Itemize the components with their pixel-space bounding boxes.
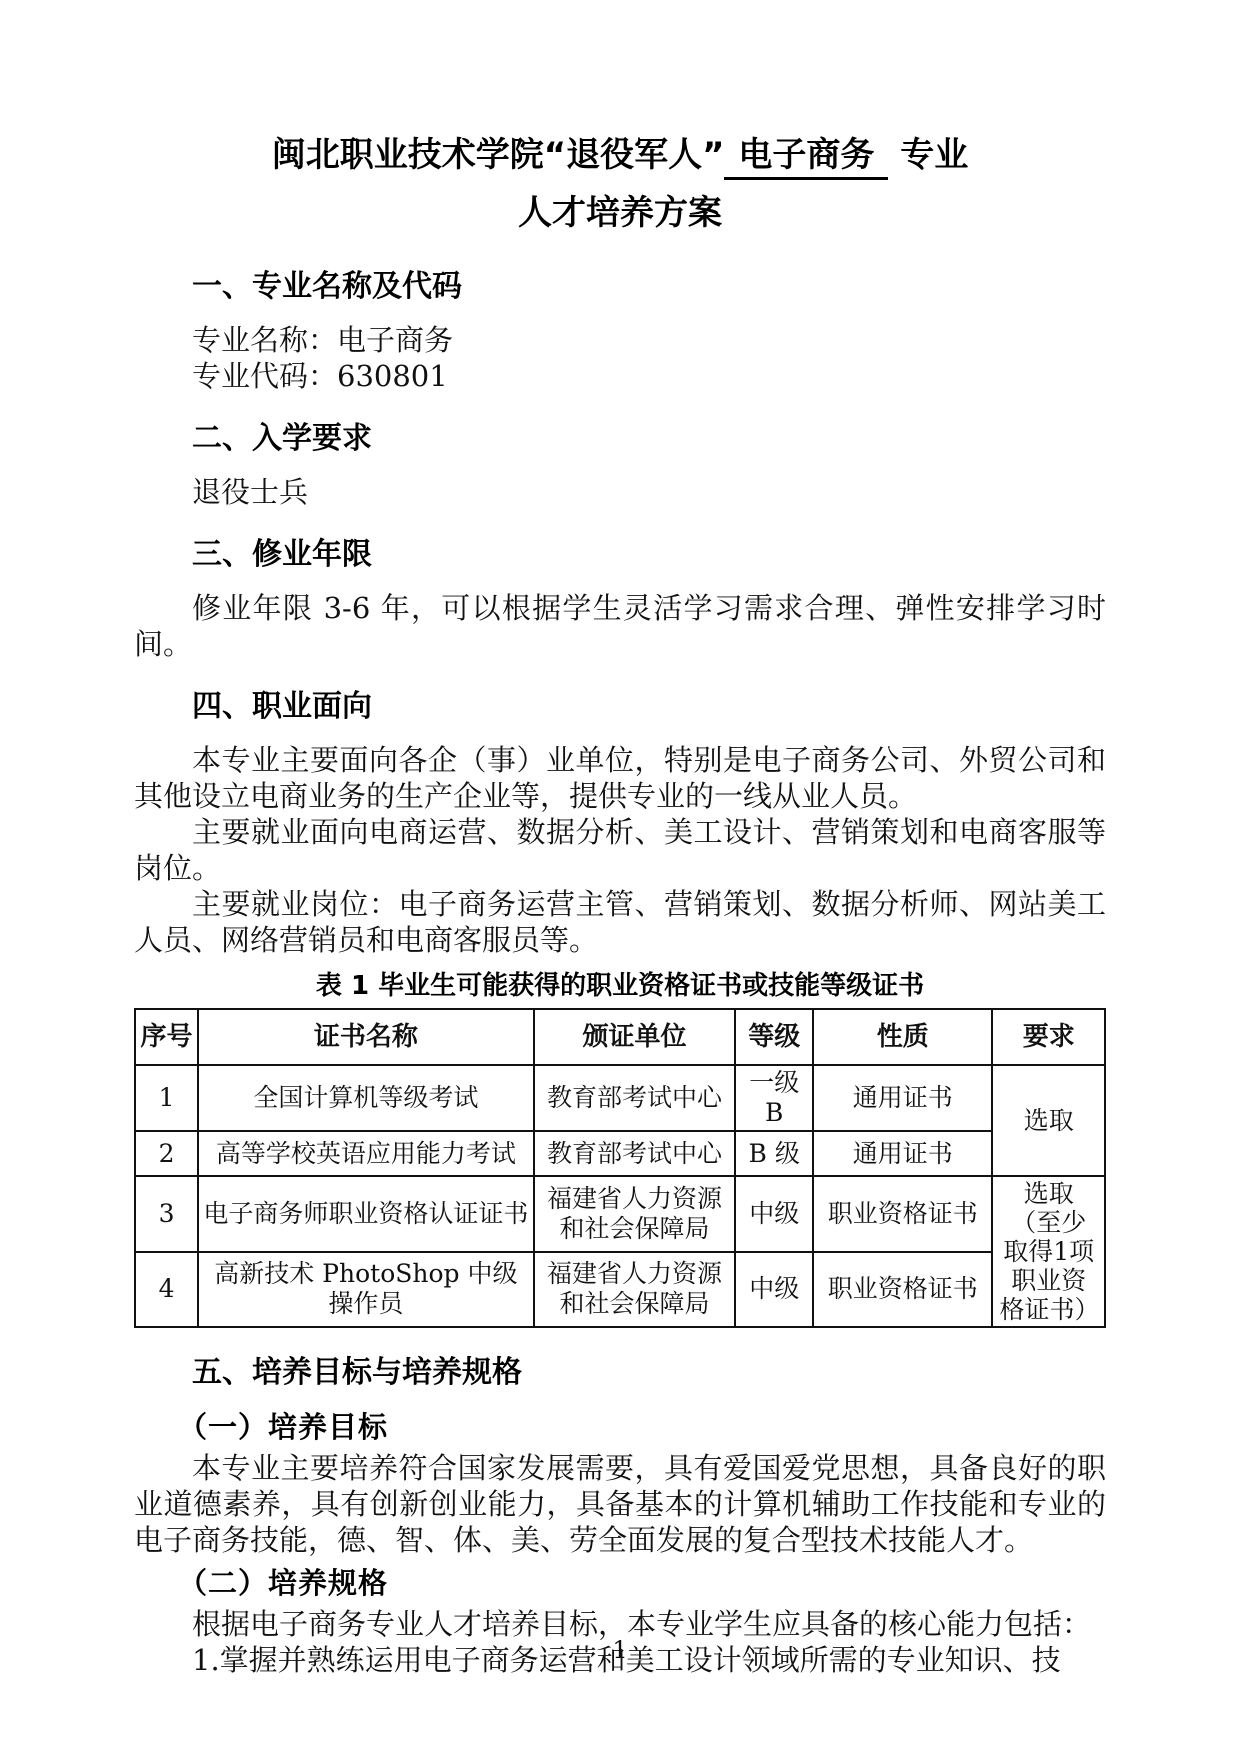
cell-issuer: 教育部考试中心 xyxy=(534,1065,736,1131)
header-cell-issuer: 颁证单位 xyxy=(534,1009,736,1065)
table-caption: 表 1 毕业生可能获得的职业资格证书或技能等级证书 xyxy=(134,970,1106,1002)
cell-level: 中级 xyxy=(735,1252,813,1328)
cell-no: 4 xyxy=(135,1252,198,1328)
table-row: 1 全国计算机等级考试 教育部考试中心 一级 B 通用证书 选取 xyxy=(135,1065,1105,1131)
title-line2: 人才培养方案 xyxy=(518,193,722,233)
cell-requirement-group-2: 选取（至少取得1项职业资格证书） xyxy=(992,1176,1105,1327)
major-code-line: 专业代码：630801 xyxy=(134,358,1106,394)
header-cell-requirement: 要求 xyxy=(992,1009,1105,1065)
header-cell-no: 序号 xyxy=(135,1009,198,1065)
cell-no: 1 xyxy=(135,1065,198,1131)
section-heading-5: 五、培养目标与培养规格 xyxy=(134,1354,1106,1392)
cell-nature: 通用证书 xyxy=(813,1131,992,1176)
study-duration-text: 修业年限 3-6 年，可以根据学生灵活学习需求合理、弹性安排学习时间。 xyxy=(134,590,1106,662)
section-heading-1: 一、专业名称及代码 xyxy=(134,268,1106,306)
cell-level: 一级 B xyxy=(735,1065,813,1131)
header-cell-name: 证书名称 xyxy=(198,1009,534,1065)
sub-heading-training-spec: （二）培养规格 xyxy=(134,1564,1106,1602)
enrollment-requirement-text: 退役士兵 xyxy=(134,474,1106,510)
section-heading-2: 二、入学要求 xyxy=(134,420,1106,458)
section-heading-4: 四、职业面向 xyxy=(134,688,1106,726)
cell-no: 3 xyxy=(135,1176,198,1252)
cell-cert-name: 全国计算机等级考试 xyxy=(198,1065,534,1131)
cell-level: 中级 xyxy=(735,1176,813,1252)
cell-cert-name: 电子商务师职业资格认证证书 xyxy=(198,1176,534,1252)
title-line1: 闽北职业技术学院“退役军人”电子商务 专业 xyxy=(272,135,969,180)
title-underlined-major: 电子商务 xyxy=(724,135,888,180)
document-content: 闽北职业技术学院“退役军人”电子商务 专业 人才培养方案 一、专业名称及代码 专… xyxy=(134,0,1106,1678)
career-orientation-p2: 主要就业面向电商运营、数据分析、美工设计、营销策划和电商客服等岗位。 xyxy=(134,814,1106,886)
cell-issuer: 福建省人力资源和社会保障局 xyxy=(534,1252,736,1328)
document-title: 闽北职业技术学院“退役军人”电子商务 专业 人才培养方案 xyxy=(134,126,1106,242)
title-suffix: 专业 xyxy=(900,135,968,175)
table-row: 3 电子商务师职业资格认证证书 福建省人力资源和社会保障局 中级 职业资格证书 … xyxy=(135,1176,1105,1252)
header-cell-level: 等级 xyxy=(735,1009,813,1065)
cell-cert-name: 高新技术 PhotoShop 中级操作员 xyxy=(198,1252,534,1328)
cell-cert-name: 高等学校英语应用能力考试 xyxy=(198,1131,534,1176)
header-cell-nature: 性质 xyxy=(813,1009,992,1065)
table-row: 4 高新技术 PhotoShop 中级操作员 福建省人力资源和社会保障局 中级 … xyxy=(135,1252,1105,1328)
cell-requirement-group-1: 选取 xyxy=(992,1065,1105,1176)
table-header-row: 序号 证书名称 颁证单位 等级 性质 要求 xyxy=(135,1009,1105,1065)
sub-heading-training-goal: （一）培养目标 xyxy=(134,1408,1106,1446)
table-row: 2 高等学校英语应用能力考试 教育部考试中心 B 级 通用证书 xyxy=(135,1131,1105,1176)
major-name-line: 专业名称：电子商务 xyxy=(134,322,1106,358)
document-page: 闽北职业技术学院“退役军人”电子商务 专业 人才培养方案 一、专业名称及代码 专… xyxy=(0,0,1240,1754)
cell-issuer: 教育部考试中心 xyxy=(534,1131,736,1176)
cell-no: 2 xyxy=(135,1131,198,1176)
page-number: 1 xyxy=(0,1636,1240,1664)
section-heading-3: 三、修业年限 xyxy=(134,536,1106,574)
certificate-table: 序号 证书名称 颁证单位 等级 性质 要求 1 全国计算机等级考试 教育部考试中… xyxy=(134,1008,1106,1328)
cell-nature: 通用证书 xyxy=(813,1065,992,1131)
cell-level: B 级 xyxy=(735,1131,813,1176)
cell-issuer: 福建省人力资源和社会保障局 xyxy=(534,1176,736,1252)
training-goal-text: 本专业主要培养符合国家发展需要，具有爱国爱党思想，具备良好的职业道德素养，具有创… xyxy=(134,1450,1106,1558)
cell-nature: 职业资格证书 xyxy=(813,1176,992,1252)
cell-nature: 职业资格证书 xyxy=(813,1252,992,1328)
title-prefix: 闽北职业技术学院“退役军人” xyxy=(272,135,725,175)
career-orientation-p1: 本专业主要面向各企（事）业单位，特别是电子商务公司、外贸公司和其他设立电商业务的… xyxy=(134,742,1106,814)
career-orientation-p3: 主要就业岗位：电子商务运营主管、营销策划、数据分析师、网站美工人员、网络营销员和… xyxy=(134,886,1106,958)
